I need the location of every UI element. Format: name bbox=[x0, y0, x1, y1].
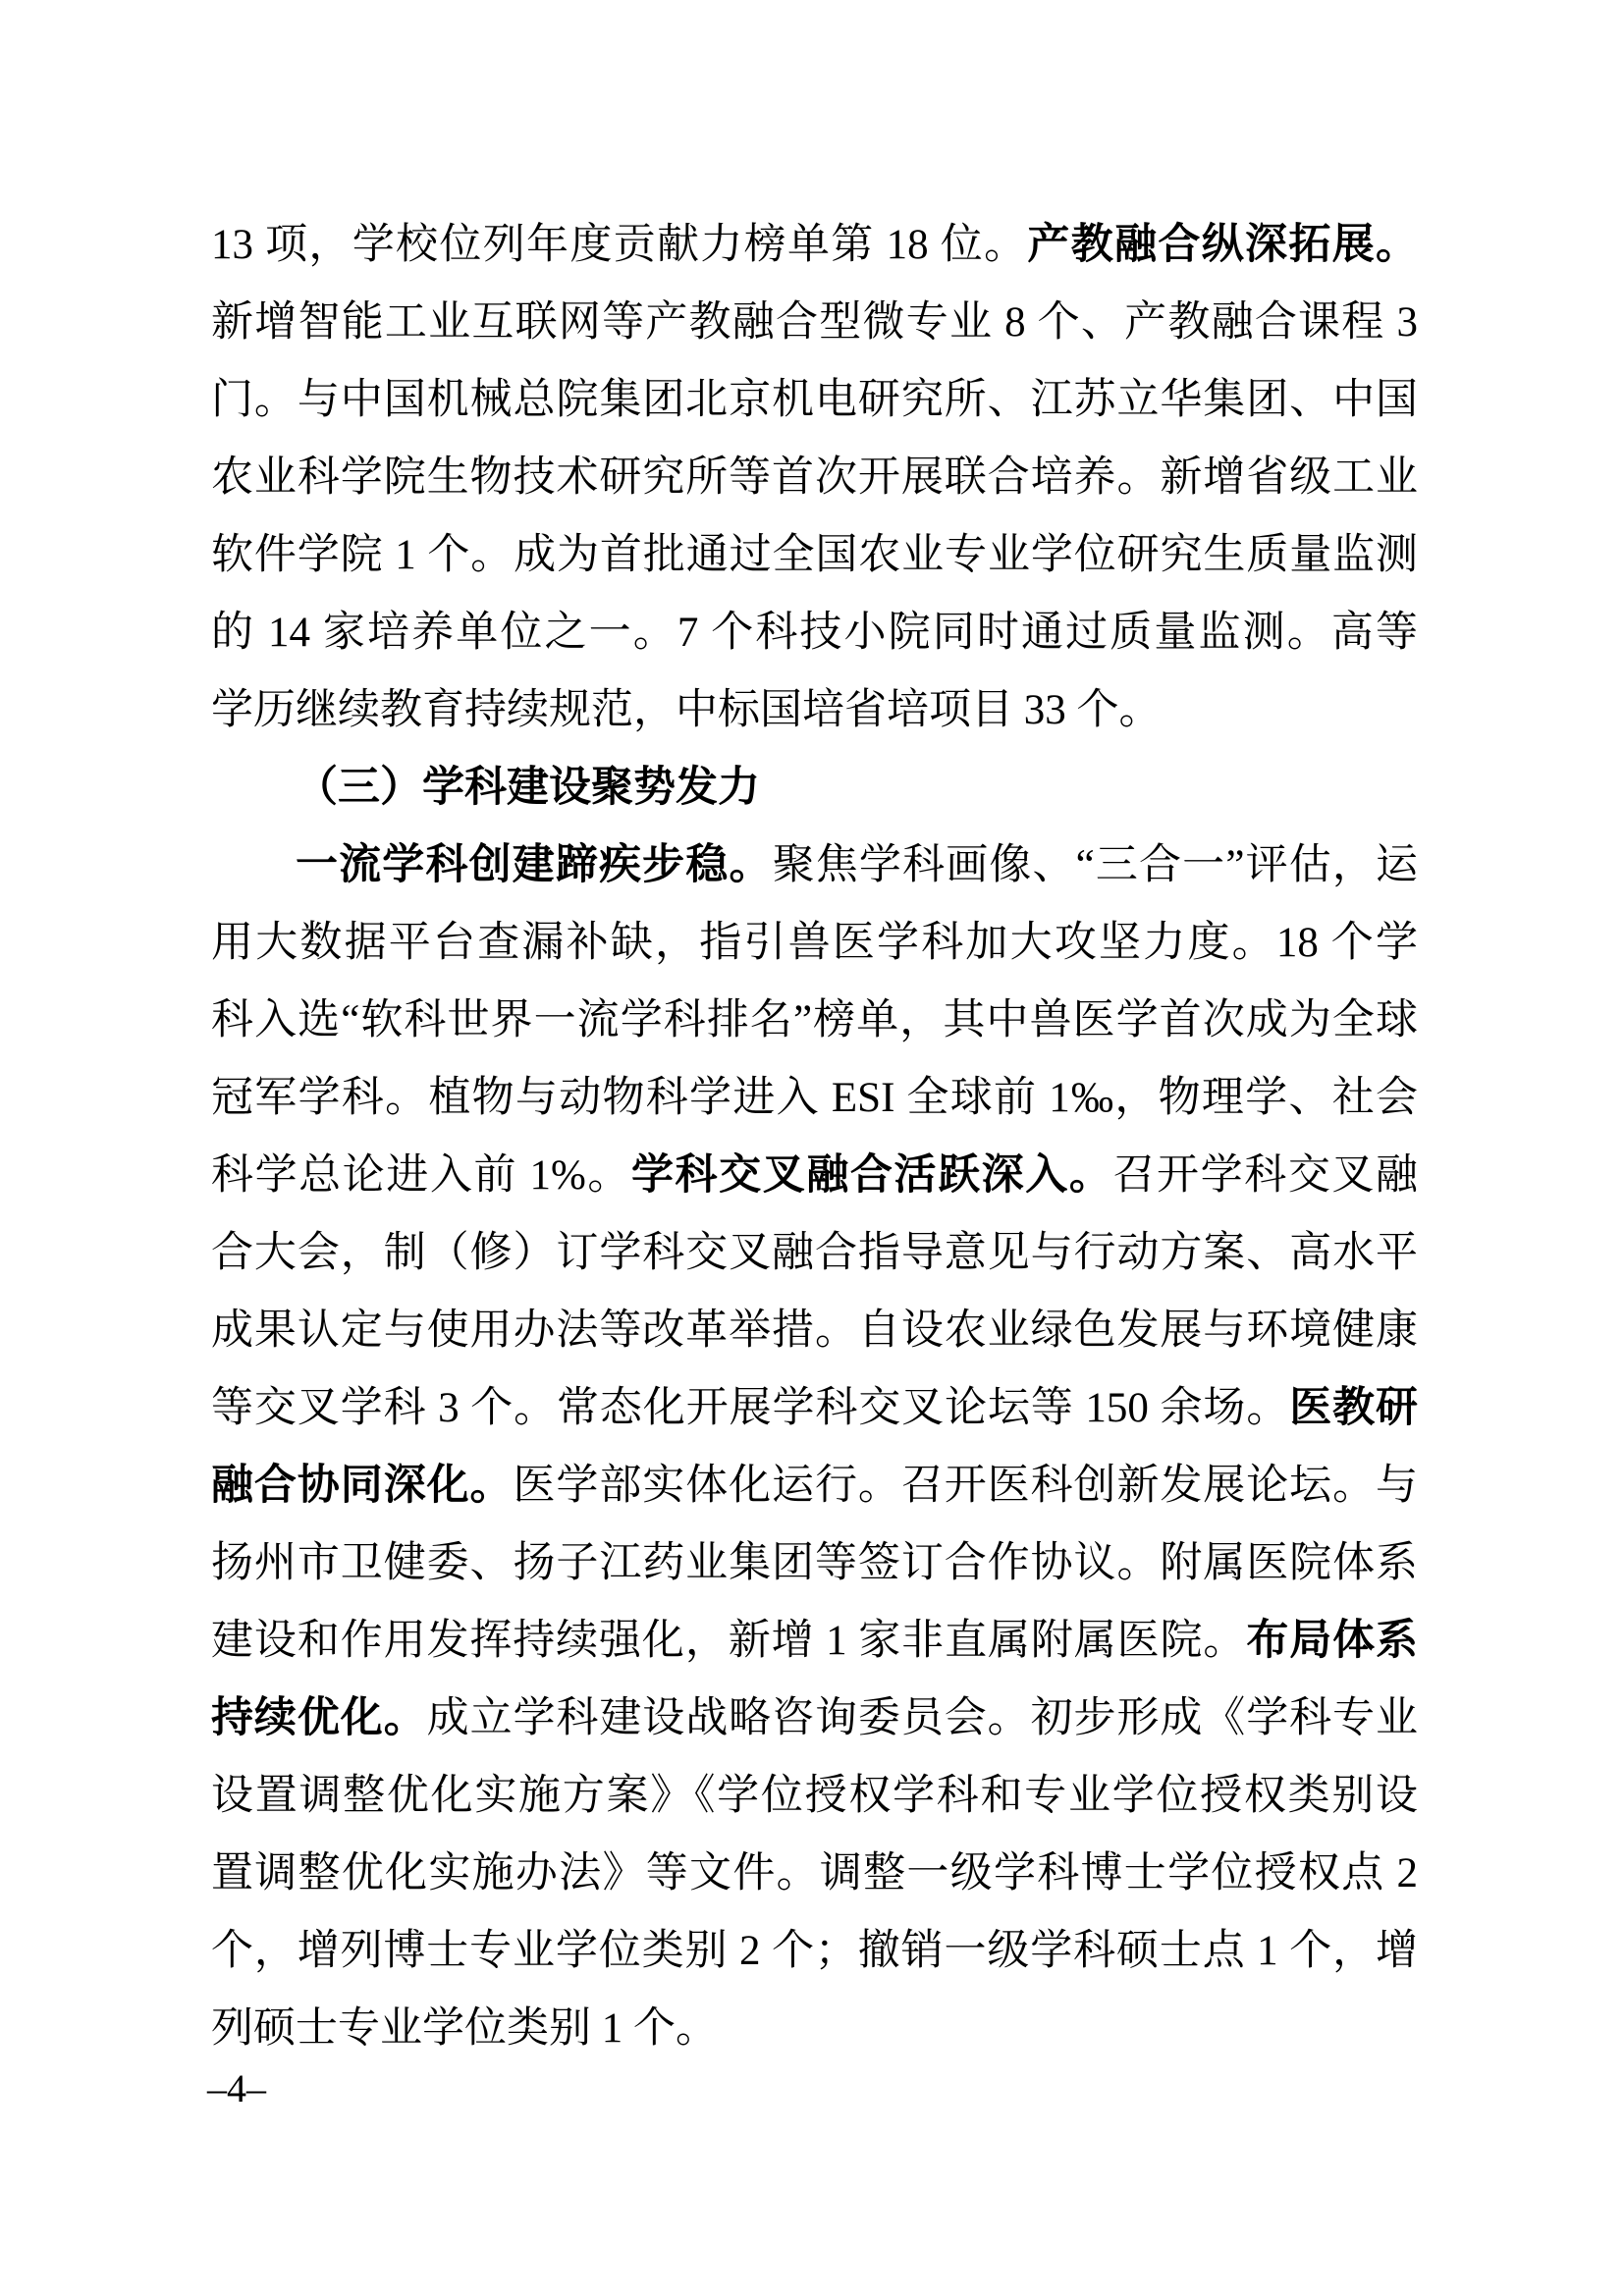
text-line: 一流学科创建蹄疾步稳。聚焦学科画像、“三合一”评估，运 bbox=[211, 827, 1418, 904]
text-line: 个，增列博士专业学位类别 2 个；撤销一级学科硕士点 1 个，增 bbox=[211, 1912, 1418, 1990]
text-line: 学历继续教育持续规范，中标国培省培项目 33 个。 bbox=[211, 671, 1418, 749]
text-line: 农业科学院生物技术研究所等首次开展联合培养。新增省级工业 bbox=[211, 439, 1418, 516]
body-text-segment: 13 项，学校位列年度贡献力榜单第 18 位。 bbox=[211, 222, 1027, 268]
document-page: 13 项，学校位列年度贡献力榜单第 18 位。产教融合纵深拓展。新增智能工业互联… bbox=[0, 0, 1624, 2296]
body-text-segment: 置调整优化实施办法》等文件。调整一级学科博士学位授权点 2 bbox=[211, 1850, 1418, 1896]
section-heading: （三）学科建设聚势发力 bbox=[211, 749, 1418, 827]
text-line: 持续优化。成立学科建设战略咨询委员会。初步形成《学科专业 bbox=[211, 1680, 1418, 1757]
body-text-segment: 成立学科建设战略咨询委员会。初步形成《学科专业 bbox=[427, 1695, 1418, 1741]
text-line: 科入选“软科世界一流学科排名”榜单，其中兽医学首次成为全球 bbox=[211, 982, 1418, 1059]
text-line: 合大会，制（修）订学科交叉融合指导意见与行动方案、高水平 bbox=[211, 1214, 1418, 1292]
body-text-segment: 医学部实体化运行。召开医科创新发展论坛。与 bbox=[513, 1463, 1418, 1509]
text-line: 扬州市卫健委、扬子江药业集团等签订合作协议。附属医院体系 bbox=[211, 1524, 1418, 1602]
body-text-segment: 科学总论进入前 1%。 bbox=[211, 1152, 631, 1199]
body-text-segment: 合大会，制（修）订学科交叉融合指导意见与行动方案、高水平 bbox=[211, 1230, 1418, 1276]
text-line: 13 项，学校位列年度贡献力榜单第 18 位。产教融合纵深拓展。 bbox=[211, 206, 1418, 284]
body-text-segment: 扬州市卫健委、扬子江药业集团等签订合作协议。附属医院体系 bbox=[211, 1540, 1418, 1586]
text-line: 新增智能工业互联网等产教融合型微专业 8 个、产教融合课程 3 bbox=[211, 284, 1418, 361]
body-text-segment: 门。与中国机械总院集团北京机电研究所、江苏立华集团、中国 bbox=[211, 377, 1418, 423]
text-line: 列硕士专业学位类别 1 个。 bbox=[211, 1990, 1418, 2067]
body-text-segment: 等交叉学科 3 个。常态化开展学科交叉论坛等 150 余场。 bbox=[211, 1385, 1289, 1431]
text-line: 用大数据平台查漏补缺，指引兽医学科加大攻坚力度。18 个学 bbox=[211, 904, 1418, 982]
body-text-segment: 聚焦学科画像、“三合一”评估，运 bbox=[773, 842, 1418, 888]
text-line: 等交叉学科 3 个。常态化开展学科交叉论坛等 150 余场。医教研 bbox=[211, 1369, 1418, 1447]
body-text-segment: 新增智能工业互联网等产教融合型微专业 8 个、产教融合课程 3 bbox=[211, 299, 1418, 346]
page-number: –4– bbox=[207, 2065, 266, 2112]
text-line: 融合协同深化。医学部实体化运行。召开医科创新发展论坛。与 bbox=[211, 1447, 1418, 1524]
emphasis-text-segment: 学科交叉融合活跃深入。 bbox=[631, 1151, 1113, 1199]
body-text-segment: 召开学科交叉融 bbox=[1112, 1152, 1418, 1199]
body-text-block: 13 项，学校位列年度贡献力榜单第 18 位。产教融合纵深拓展。新增智能工业互联… bbox=[211, 206, 1418, 2067]
body-text-segment: 个，增列博士专业学位类别 2 个；撤销一级学科硕士点 1 个，增 bbox=[211, 1928, 1418, 1974]
body-text-segment: 农业科学院生物技术研究所等首次开展联合培养。新增省级工业 bbox=[211, 454, 1418, 501]
text-line: 置调整优化实施办法》等文件。调整一级学科博士学位授权点 2 bbox=[211, 1835, 1418, 1912]
text-line: 的 14 家培养单位之一。7 个科技小院同时通过质量监测。高等 bbox=[211, 594, 1418, 671]
body-text-segment: 的 14 家培养单位之一。7 个科技小院同时通过质量监测。高等 bbox=[211, 610, 1418, 656]
body-text-segment: 设置调整优化实施方案》《学位授权学科和专业学位授权类别设 bbox=[211, 1773, 1418, 1819]
text-line: 设置调整优化实施方案》《学位授权学科和专业学位授权类别设 bbox=[211, 1757, 1418, 1835]
body-text-segment: 建设和作用发挥持续强化，新增 1 家非直属附属医院。 bbox=[211, 1618, 1246, 1664]
text-line: 软件学院 1 个。成为首批通过全国农业专业学位研究生质量监测 bbox=[211, 516, 1418, 594]
body-text-segment: 冠军学科。植物与动物科学进入 ESI 全球前 1‰，物理学、社会 bbox=[211, 1075, 1418, 1121]
body-text-segment: 用大数据平台查漏补缺，指引兽医学科加大攻坚力度。18 个学 bbox=[211, 920, 1418, 966]
text-line: 科学总论进入前 1%。学科交叉融合活跃深入。召开学科交叉融 bbox=[211, 1137, 1418, 1214]
text-line: 冠军学科。植物与动物科学进入 ESI 全球前 1‰，物理学、社会 bbox=[211, 1059, 1418, 1137]
emphasis-text-segment: 持续优化。 bbox=[211, 1694, 427, 1741]
body-text-segment: 学历继续教育持续规范，中标国培省培项目 33 个。 bbox=[211, 687, 1162, 733]
body-text-segment: 软件学院 1 个。成为首批通过全国农业专业学位研究生质量监测 bbox=[211, 532, 1418, 578]
text-line: 建设和作用发挥持续强化，新增 1 家非直属附属医院。布局体系 bbox=[211, 1602, 1418, 1680]
text-line: 成果认定与使用办法等改革举措。自设农业绿色发展与环境健康 bbox=[211, 1292, 1418, 1369]
emphasis-text-segment: 产教融合纵深拓展。 bbox=[1027, 221, 1418, 268]
body-text-segment: 科入选“软科世界一流学科排名”榜单，其中兽医学首次成为全球 bbox=[211, 997, 1418, 1043]
emphasis-text-segment: 医教研 bbox=[1289, 1384, 1418, 1431]
body-text-segment: 成果认定与使用办法等改革举措。自设农业绿色发展与环境健康 bbox=[211, 1308, 1418, 1354]
emphasis-text-segment: 一流学科创建蹄疾步稳。 bbox=[296, 841, 773, 888]
emphasis-text-segment: 布局体系 bbox=[1246, 1617, 1418, 1664]
emphasis-text-segment: 融合协同深化。 bbox=[211, 1462, 513, 1509]
emphasis-text-segment: （三）学科建设聚势发力 bbox=[296, 764, 760, 811]
text-line: 门。与中国机械总院集团北京机电研究所、江苏立华集团、中国 bbox=[211, 361, 1418, 439]
body-text-segment: 列硕士专业学位类别 1 个。 bbox=[211, 2005, 718, 2052]
